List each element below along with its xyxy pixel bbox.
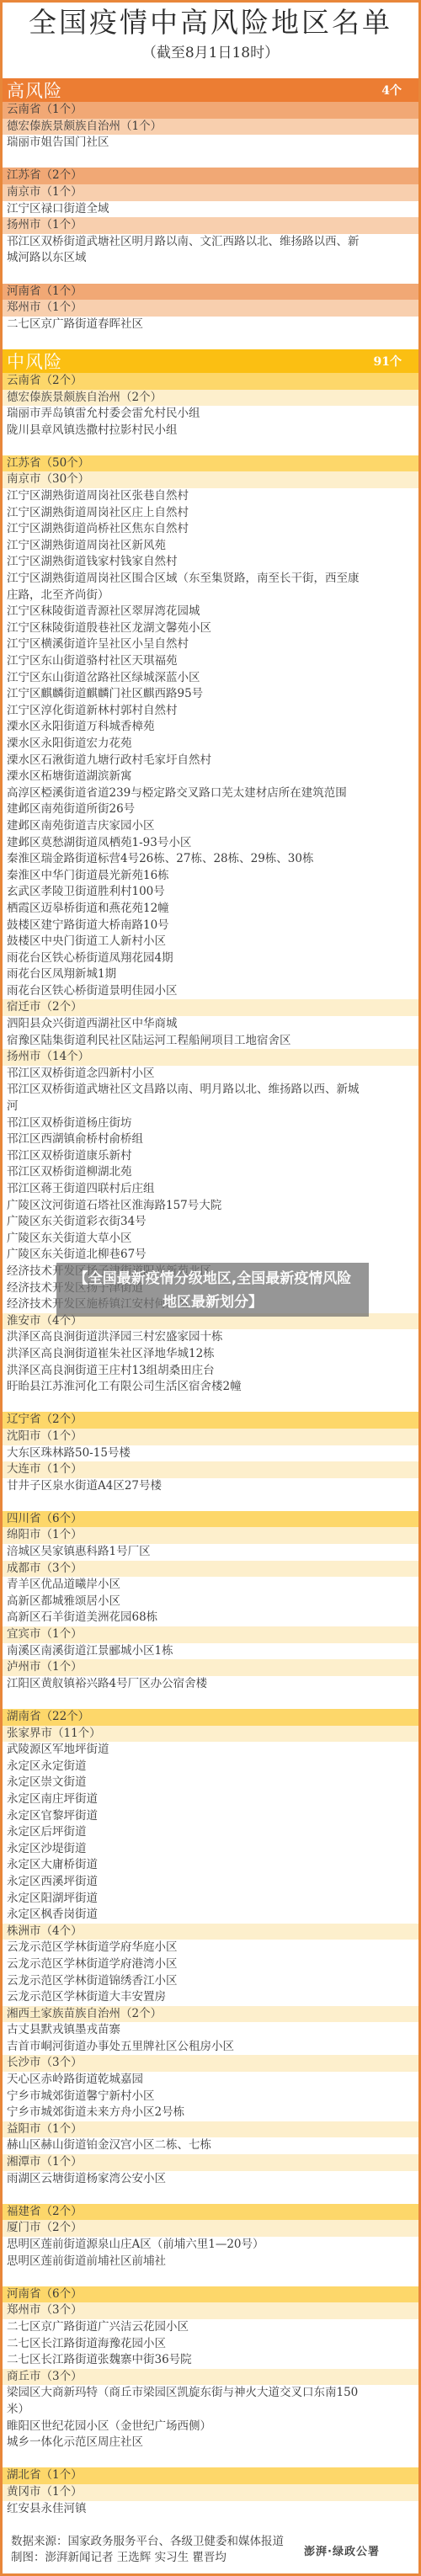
place-row: 江宁区湖熟街道周岗社区新风苑: [3, 538, 418, 555]
place-row: 古丈县默戎镇墨戎苗寨: [3, 2022, 418, 2039]
place-row: 洪泽区高良涧街道王庄村13组胡桑田庄台: [3, 1363, 418, 1380]
place-row: 江宁区秣陵街道殷巷社区龙湖文馨苑小区: [3, 620, 418, 637]
mid-risk-list: 云南省（2个）德宏傣族景颇族自治州（2个）瑞丽市弄岛镇雷允村委会雷允村民小组陇川…: [3, 373, 418, 2517]
risk-area-infographic: 全国疫情中高风险地区名单 （截至8月1日18时） 高风险 4个 云南省（1个） …: [0, 0, 421, 2576]
page-subtitle: （截至8月1日18时）: [3, 41, 418, 65]
place-row: 瑞丽市姐告国门社区: [3, 135, 418, 152]
place-row: 江宁区湖熟街道周岗社区围合区域（东至集贤路，南至长干街，西至康庄路，北至齐尚街）: [3, 571, 418, 604]
city-row: 株洲市（4个）: [3, 1924, 418, 1940]
page-title: 全国疫情中高风险地区名单: [3, 6, 418, 40]
high-risk-header: 高风险 4个: [3, 78, 418, 102]
province-row: 云南省（1个）: [3, 102, 418, 119]
place-row: 陇川县章风镇迭撒村拉影村民小组: [3, 423, 418, 439]
place-row: 洪泽区高良涧街道洪泽园三村宏盛家园十栋: [3, 1329, 418, 1346]
place-row: 永定区永定街道: [3, 1759, 418, 1775]
province-row: 四川省（6个）: [3, 1511, 418, 1528]
place-row: 云龙示范区学林街道学府港湾小区: [3, 1956, 418, 1973]
province-row: 辽宁省（2个）: [3, 1412, 418, 1429]
city-row: 南京市（30个）: [3, 471, 418, 488]
place-row: 邗江区西湖镇俞桥村俞桥组: [3, 1131, 418, 1148]
place-row: 大东区珠林路50-15号楼: [3, 1445, 418, 1462]
province-row: 河南省（1个）: [3, 284, 418, 301]
place-row: 二七区长江路街道张魏寨中街36号院: [3, 2352, 418, 2369]
city-row: 湘西土家族苗族自治州（2个）: [3, 2006, 418, 2023]
place-row: 雨花台区铁心桥街道景明佳园小区: [3, 983, 418, 1000]
city-row: 厦门市（2个）: [3, 2220, 418, 2237]
place-row: 广陵区东关街道大草小区: [3, 1231, 418, 1248]
high-risk-label: 高风险: [7, 77, 62, 103]
province-row: 河南省（6个）: [3, 2286, 418, 2303]
place-row: 广陵区汶河街道石塔社区淮海路157号大院: [3, 1198, 418, 1215]
place-row: 云龙示范区学林街道锦绣香江小区: [3, 1973, 418, 1990]
spacer: [3, 2187, 418, 2204]
place-row: 宿豫区陆集街道利民社区陆运河工程船闸项目工地宿舍区: [3, 1033, 418, 1050]
place-row: 洪泽区高良涧街道崔朱社区泽地华城12栋: [3, 1346, 418, 1363]
spacer: [3, 2270, 418, 2286]
place-row: 瑞丽市弄岛镇雷允村委会雷允村民小组: [3, 406, 418, 423]
city-row: 张家界市（11个）: [3, 1726, 418, 1743]
title-block: 全国疫情中高风险地区名单 （截至8月1日18时）: [3, 3, 418, 73]
mid-risk-section: 中风险 91个 云南省（2个）德宏傣族景颇族自治州（2个）瑞丽市弄岛镇雷允村委会…: [3, 349, 418, 2517]
spacer: [3, 2451, 418, 2468]
place-row: 邗江区双桥街道念四新村小区: [3, 1066, 418, 1083]
place-row: 永定区官黎坪街道: [3, 1808, 418, 1825]
city-row: 宿迁市（2个）: [3, 999, 418, 1016]
place-row: 邗江区双桥街道康乐新村: [3, 1148, 418, 1165]
place-row: 永定区崇文街道: [3, 1775, 418, 1791]
place-row: 永定区南庄坪街道: [3, 1791, 418, 1808]
place-row: 雨湖区云塘街道杨家湾公安小区: [3, 2171, 418, 2188]
place-row: 江宁区湖熟街道周岗社区张巷自然村: [3, 488, 418, 505]
place-row: 红安县永佳河镇: [3, 2501, 418, 2518]
city-row: 郑州市（1个）: [3, 300, 418, 317]
place-row: 玄武区孝陵卫街道胜利村100号: [3, 884, 418, 901]
place-row: 二七区长江路街道海豫花园小区: [3, 2336, 418, 2353]
place-row: 雨花台区凤翔新城1期: [3, 966, 418, 983]
city-row: 德宏傣族景颇族自治州（1个）: [3, 119, 418, 136]
city-row: 长沙市（3个）: [3, 2055, 418, 2072]
place-row: 栖霞区迈皋桥街道和燕花苑12幢: [3, 901, 418, 918]
spacer: [3, 1396, 418, 1413]
spacer: [3, 152, 418, 168]
city-row: 商丘市（3个）: [3, 2369, 418, 2386]
province-row: 湖南省（22个）: [3, 1709, 418, 1726]
place-row: 邗江区双桥街道柳湖北苑: [3, 1164, 418, 1181]
place-row: 城乡一体化示范区周庄社区: [3, 2435, 418, 2451]
place-row: 二七区京广路街道广兴洁云花园小区: [3, 2319, 418, 2336]
place-row: 永定区后坪街道: [3, 1824, 418, 1841]
publisher-logo: 澎湃·绿政公署: [304, 2542, 380, 2558]
overlay-caption-banner: 【全国最新疫情分级地区,全国最新疫情风险地区最新划分】: [56, 1263, 369, 1317]
place-row: 邗江区双桥街道杨庄街坊: [3, 1115, 418, 1132]
city-row: 德宏傣族景颇族自治州（2个）: [3, 390, 418, 407]
city-row: 绵阳市（1个）: [3, 1527, 418, 1544]
place-row: 鼓楼区中央门街道工人新村小区: [3, 934, 418, 950]
place-row: 天心区赤岭路街道乾城嘉园: [3, 2072, 418, 2089]
place-row: 秦淮区中华门街道晨光新苑16栋: [3, 868, 418, 885]
place-row: 江宁区湖熟街道钱家村钱家自然村: [3, 554, 418, 571]
place-row: 梁园区大商新玛特（商丘市梁园区凯旋东街与神火大道交叉口东南150米）: [3, 2385, 418, 2418]
place-row: 涪城区吴家镇惠科路1号厂区: [3, 1544, 418, 1561]
place-row: 青羊区优品道曦岸小区: [3, 1577, 418, 1594]
place-row: 邗江区双桥街道武塘社区明月路以南、文汇西路以北、维扬路以西、新城河路以东区域: [3, 234, 418, 267]
province-row: 湖北省（1个）: [3, 2467, 418, 2484]
place-row: 邗江区双桥街道武塘社区文昌路以南、明月路以北、维扬路以西、新城河: [3, 1082, 418, 1115]
place-row: 江宁区东山街道骆村社区天琪福苑: [3, 653, 418, 670]
place-row: 江宁区麒麟街道麒麟门社区麒西路95号: [3, 686, 418, 703]
place-row: 泗阳县众兴街道西湖社区中华商城: [3, 1016, 418, 1033]
mid-risk-header: 中风险 91个: [3, 349, 418, 373]
place-row: 武陵源区军地坪街道: [3, 1742, 418, 1759]
spacer: [3, 333, 418, 349]
spacer: [7, 2517, 414, 2534]
city-row: 郑州市（3个）: [3, 2302, 418, 2319]
place-row: 秦淮区瑞金路街道标营4号26栋、27栋、28栋、29栋、30栋: [3, 851, 418, 868]
place-row: 溧水区柘塘街道湖滨新寓: [3, 769, 418, 785]
place-row: 吉首市峒河街道办事处五里牌社区公租房小区: [3, 2039, 418, 2056]
place-row: 溧水区永阳街道万科城香樟苑: [3, 719, 418, 736]
city-row: 扬州市（14个）: [3, 1049, 418, 1066]
place-row: 盱眙县江苏淮河化工有限公司生活区宿舍楼2幢: [3, 1379, 418, 1396]
city-row: 扬州市（1个）: [3, 217, 418, 234]
place-row: 鼓楼区建宁路街道大桥南路10号: [3, 918, 418, 934]
place-row: 云龙示范区学林街道大丰安置房: [3, 1989, 418, 2006]
place-row: 永定区枫香岗街道: [3, 1907, 418, 1924]
province-row: 江苏省（50个）: [3, 455, 418, 472]
city-row: 大连市（1个）: [3, 1461, 418, 1478]
city-row: 泸州市（1个）: [3, 1659, 418, 1676]
place-row: 溧水区永阳街道宏力花苑: [3, 736, 418, 753]
place-row: 宁乡市城郊街道馨宁新村小区: [3, 2089, 418, 2105]
city-row: 成都市（3个）: [3, 1561, 418, 1578]
place-row: 江宁区横溪街道许呈社区小呈自然村: [3, 636, 418, 653]
high-risk-section: 高风险 4个 云南省（1个） 德宏傣族景颇族自治州（1个） 瑞丽市姐告国门社区 …: [3, 78, 418, 349]
mid-risk-label: 中风险: [7, 349, 62, 374]
place-row: 二七区京广路街道春晖社区: [3, 317, 418, 333]
city-row: 沈阳市（1个）: [3, 1429, 418, 1445]
city-row: 黄冈市（1个）: [3, 2484, 418, 2501]
mid-risk-count: 91个: [374, 353, 402, 370]
place-row: 思明区莲前街道前埔社区前埔社: [3, 2254, 418, 2270]
place-row: 江宁区湖熟街道尚桥社区焦东自然村: [3, 521, 418, 538]
place-row: 永定区西溪坪街道: [3, 1874, 418, 1891]
place-row: 建邺区南苑街道吉庆家园小区: [3, 818, 418, 835]
place-row: 宁乡市城郊街道未来方舟小区2号栋: [3, 2105, 418, 2121]
spacer: [3, 439, 418, 455]
place-row: 高新区石羊街道美洲花园68栋: [3, 1610, 418, 1626]
place-row: 云龙示范区学林街道学府华庭小区: [3, 1940, 418, 1956]
province-row: 云南省（2个）: [3, 373, 418, 390]
place-row: 建邺区南苑街道所街26号: [3, 801, 418, 818]
spacer: [3, 1494, 418, 1511]
place-row: 睢阳区世纪花园小区（金世纪广场西侧）: [3, 2419, 418, 2435]
spacer: [3, 1692, 418, 1709]
province-row: 江苏省（2个）: [3, 168, 418, 184]
place-row: 广陵区东关街道彩衣街34号: [3, 1214, 418, 1231]
place-row: 江阳区黄舣镇裕兴路4号厂区办公宿舍楼: [3, 1676, 418, 1693]
place-row: 邗江区蒋王街道四联村后庄组: [3, 1181, 418, 1198]
place-row: 永定区阳湖坪街道: [3, 1891, 418, 1908]
spacer: [3, 267, 418, 284]
place-row: 江宁区淳化街道新林村郭村自然村: [3, 703, 418, 720]
place-row: 江宁区东山街道岔路社区绿城深蓝小区: [3, 670, 418, 687]
place-row: 永定区大庸桥街道: [3, 1857, 418, 1874]
place-row: 广陵区东关街道北柳巷67号: [3, 1247, 418, 1264]
place-row: 雨花台区铁心桥街道凤翔花园4期: [3, 950, 418, 967]
place-row: 永定区沙堤街道: [3, 1841, 418, 1858]
place-row: 建邺区莫愁湖街道凤栖苑1-93号小区: [3, 835, 418, 852]
place-row: 南溪区南溪街道江景郦城小区1栋: [3, 1643, 418, 1660]
place-row: 高新区都城雅颂居小区: [3, 1594, 418, 1610]
place-row: 江宁区禄口街道全域: [3, 201, 418, 218]
city-row: 益阳市（1个）: [3, 2121, 418, 2138]
city-row: 宜宾市（1个）: [3, 1626, 418, 1643]
place-row: 甘井子区泉水街道A4区27号楼: [3, 1478, 418, 1495]
place-row: 思明区莲前街道源泉山庄A区（前埔六里1—20号）: [3, 2237, 418, 2254]
place-row: 高淳区椏溪街道省道239与椏定路交叉路口芜太建材店所在建筑范围: [3, 785, 418, 802]
high-risk-count: 4个: [381, 82, 402, 98]
place-row: 江宁区秣陵街道青源社区翠屏湾花园城: [3, 604, 418, 620]
place-row: 江宁区湖熟街道周岗社区庄上自然村: [3, 505, 418, 522]
place-row: 溧水区石湫街道九塘行政村毛家圩自然村: [3, 753, 418, 769]
city-row: 湘潭市（1个）: [3, 2154, 418, 2171]
province-row: 福建省（2个）: [3, 2204, 418, 2221]
city-row: 南京市（1个）: [3, 184, 418, 201]
place-row: 赫山区赫山街道铂金汉宫小区二栋、七栋: [3, 2137, 418, 2154]
